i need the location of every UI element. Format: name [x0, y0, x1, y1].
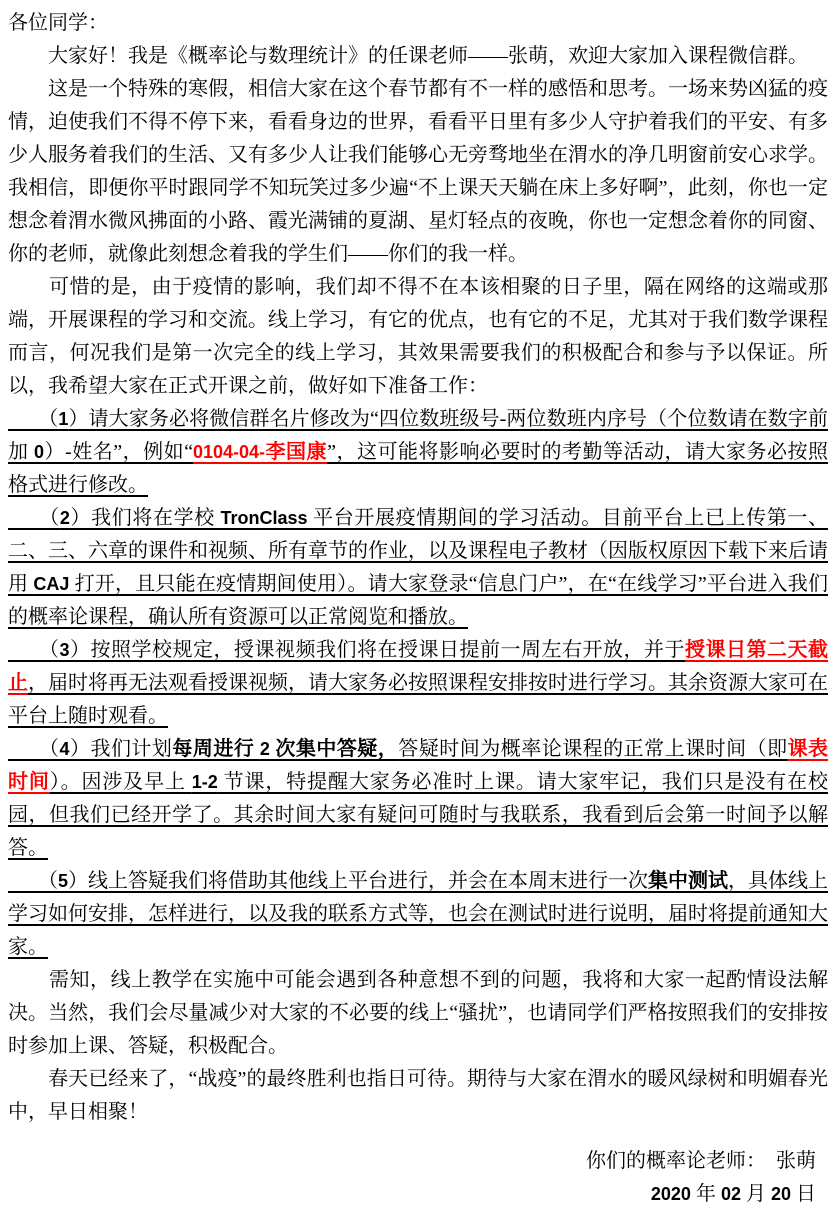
text-run: 需知，线上教学在实施中可能会遇到各种意想不到的问题，我将和大家一起酌情设法解决。…: [8, 969, 828, 1057]
latin-text: 3: [60, 640, 70, 660]
item-5-online-test: （5）线上答疑我们将借助其他线上平台进行，并会在本周末进行一次集中测试，具体线上…: [8, 865, 828, 964]
latin-text: 1: [58, 409, 68, 429]
intro-paragraph: 大家好！我是《概率论与数理统计》的任课老师——张萌，欢迎大家加入课程微信群。: [8, 40, 828, 73]
text-run: 答疑时间为概率论课程的正常上课时间（即: [398, 738, 787, 760]
latin-text: 0: [34, 442, 44, 462]
text-run: 你们的概率论老师： 张萌: [586, 1150, 816, 1172]
latin-text: 5: [58, 871, 68, 891]
text-run: 大家好！我是《概率论与数理统计》的任课老师——张萌，欢迎大家加入课程微信群。: [8, 45, 808, 67]
text-run: （5）线上答疑我们将借助其他线上平台进行，并会在本周末进行一次: [8, 870, 648, 892]
item-4-qa-schedule: （4）我们计划每周进行 2 次集中答疑，答疑时间为概率论课程的正常上课时间（即课…: [8, 733, 828, 865]
latin-text: 20: [771, 1184, 791, 1204]
signature-line: 你们的概率论老师： 张萌: [8, 1145, 828, 1178]
salutation: 各位同学：: [8, 7, 828, 40]
latin-text: 2: [60, 508, 70, 528]
item-3-video-deadline: （3）按照学校规定，授课视频我们将在授课日提前一周左右开放，并于授课日第二天截止…: [8, 634, 828, 733]
text-run: ）。因涉及早上 1-2 节课，特提醒大家务必准时上课。请大家牢记，我们只是没有在…: [8, 771, 828, 859]
reflection-paragraph: 这是一个特殊的寒假，相信大家在这个春节都有不一样的感悟和思考。一场来势凶猛的疫情…: [8, 73, 828, 271]
item-1-wechat-name: （1）请大家务必将微信群名片修改为“四位数班级号-两位数班内序号（个位数请在数字…: [8, 403, 828, 502]
text-run: （4）我们计划: [8, 738, 172, 760]
document-body: 各位同学： 大家好！我是《概率论与数理统计》的任课老师——张萌，欢迎大家加入课程…: [8, 7, 828, 1211]
latin-text: CAJ: [33, 574, 69, 594]
text-run: 春天已经来了，“战疫”的最终胜利也指日可待。期待与大家在渭水的暖风绿树和明媚春光…: [8, 1068, 828, 1123]
red-highlight-text: 0104-04-李国康: [193, 441, 327, 463]
text-run: 可惜的是，由于疫情的影响，我们却不得不在本该相聚的日子里，隔在网络的这端或那端，…: [8, 276, 828, 397]
text-run: （2）我们将在学校 TronClass 平台开展疫情期间的学习活动。目前平台上已…: [8, 507, 828, 628]
text-run: ，届时将再无法观看授课视频，请大家务必按照课程安排按时进行学习。其余资源大家可在…: [8, 672, 828, 727]
latin-text: 0104-04-: [193, 442, 265, 462]
transition-paragraph: 可惜的是，由于疫情的影响，我们却不得不在本该相聚的日子里，隔在网络的这端或那端，…: [8, 271, 828, 403]
latin-text: 1-2: [192, 772, 218, 792]
latin-text: 02: [721, 1184, 741, 1204]
document-page: 各位同学： 大家好！我是《概率论与数理统计》的任课老师——张萌，欢迎大家加入课程…: [0, 0, 835, 1231]
text-run: （3）按照学校规定，授课视频我们将在授课日提前一周左右开放，并于: [8, 639, 685, 661]
date-line: 2020 年 02 月 20 日: [8, 1178, 828, 1211]
bold-text: 集中测试: [648, 870, 728, 892]
text-run: 2020 年 02 月 20 日: [651, 1183, 816, 1205]
notice-paragraph: 需知，线上教学在实施中可能会遇到各种意想不到的问题，我将和大家一起酌情设法解决。…: [8, 964, 828, 1063]
latin-text: 2: [260, 739, 270, 759]
latin-text: 2020: [651, 1184, 691, 1204]
closing-paragraph: 春天已经来了，“战疫”的最终胜利也指日可待。期待与大家在渭水的暖风绿树和明媚春光…: [8, 1063, 828, 1129]
latin-text: 4: [59, 739, 69, 759]
bold-text: 每周进行 2 次集中答疑，: [172, 738, 398, 760]
item-2-tronclass-platform: （2）我们将在学校 TronClass 平台开展疫情期间的学习活动。目前平台上已…: [8, 502, 828, 634]
text-run: 这是一个特殊的寒假，相信大家在这个春节都有不一样的感悟和思考。一场来势凶猛的疫情…: [8, 78, 828, 265]
latin-text: TronClass: [220, 508, 307, 528]
text-run: 各位同学：: [8, 12, 108, 34]
